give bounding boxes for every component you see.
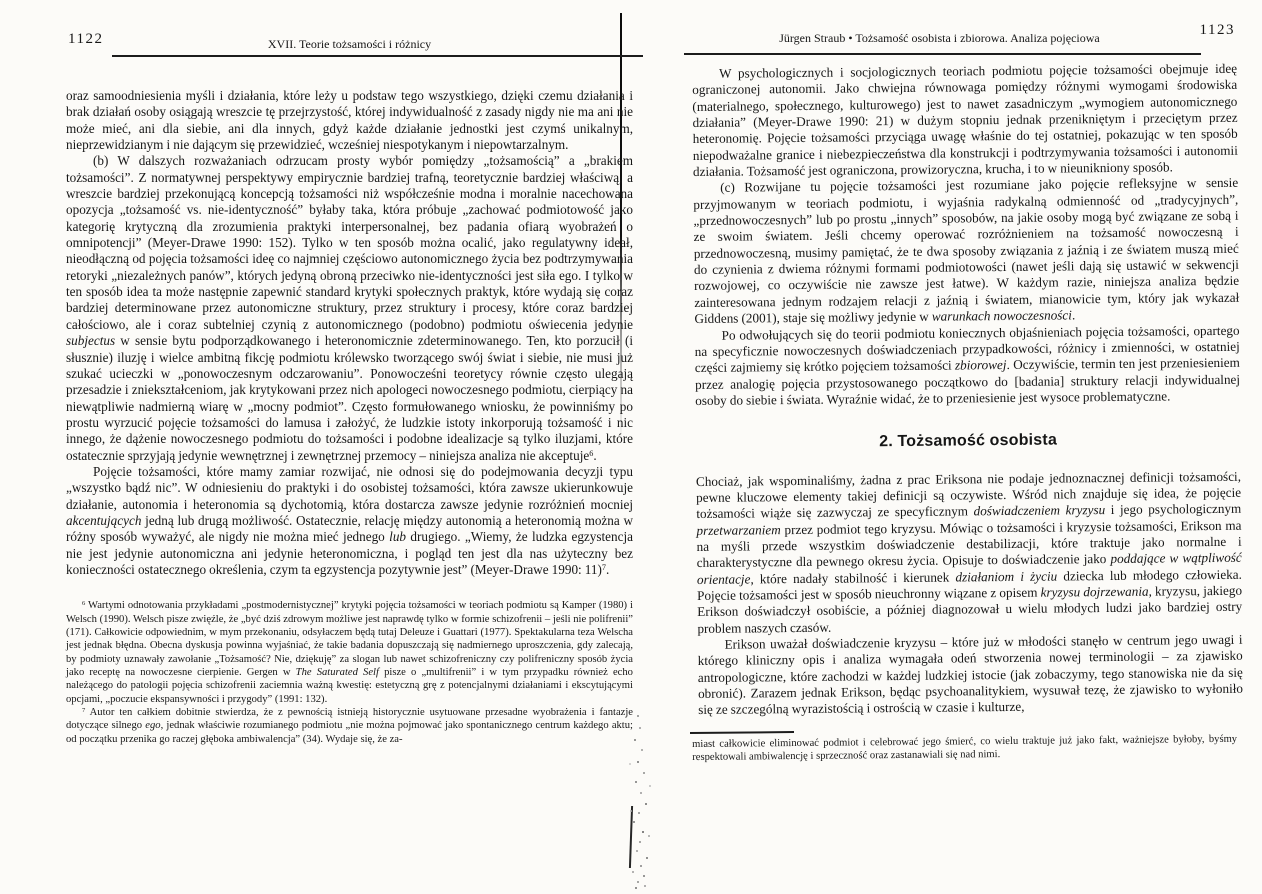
footnotes-left: 6 Wartymi odnotowania przykładami „postm… xyxy=(66,599,633,746)
scan-noise xyxy=(637,715,639,717)
right-page-header: Jürgen Straub • Tożsamość osobista i zbi… xyxy=(692,22,1237,50)
book-spread: 1122 XVII. Teorie tożsamości i różnicy o… xyxy=(0,0,1262,894)
running-head-left: XVII. Teorie tożsamości i różnicy xyxy=(66,37,633,52)
left-page-header: 1122 XVII. Teorie tożsamości i różnicy xyxy=(66,30,633,58)
body-paragraph: Po odwołujących się do teorii podmiotu k… xyxy=(695,322,1241,409)
body-paragraph: Erikson uważał doświadczenie kryzysu – k… xyxy=(697,632,1243,719)
body-paragraph: (c) Rozwijane tu pojęcie tożsamości jest… xyxy=(693,175,1239,327)
footnote-rule xyxy=(690,731,794,734)
footnote-continuation: miast całkowicie eliminować podmiot i ce… xyxy=(692,726,1237,764)
section-heading: 2. Tożsamość osobista xyxy=(696,431,1241,453)
header-rule-left xyxy=(112,55,643,57)
binding-line-bottom-icon xyxy=(629,806,633,868)
left-body-text: oraz samoodniesienia myśli i działania, … xyxy=(66,88,633,578)
page-number-right: 1123 xyxy=(1200,22,1235,39)
page-left: 1122 XVII. Teorie tożsamości i różnicy o… xyxy=(66,30,633,746)
body-paragraph: oraz samoodniesienia myśli i działania, … xyxy=(66,88,633,153)
footnote-6: 6 Wartymi odnotowania przykładami „postm… xyxy=(66,599,633,706)
page-right: Jürgen Straub • Tożsamość osobista i zbi… xyxy=(692,22,1237,765)
running-head-right: Jürgen Straub • Tożsamość osobista i zbi… xyxy=(692,31,1187,46)
footnote-continuation-text: miast całkowicie eliminować podmiot i ce… xyxy=(692,732,1237,764)
header-rule-right xyxy=(684,53,1201,55)
body-paragraph: Pojęcie tożsamości, które mamy zamiar ro… xyxy=(66,464,633,578)
body-paragraph: (b) W dalszych rozważaniach odrzucam pro… xyxy=(66,153,633,464)
body-paragraph: W psychologicznych i socjologicznych teo… xyxy=(692,61,1238,181)
right-body-text: W psychologicznych i socjologicznych teo… xyxy=(692,61,1243,719)
body-paragraph: Chociaż, jak wspominaliśmy, żadna z prac… xyxy=(696,468,1243,637)
footnote-7: 7 Autor ten całkiem dobitnie stwierdza, … xyxy=(66,706,633,746)
